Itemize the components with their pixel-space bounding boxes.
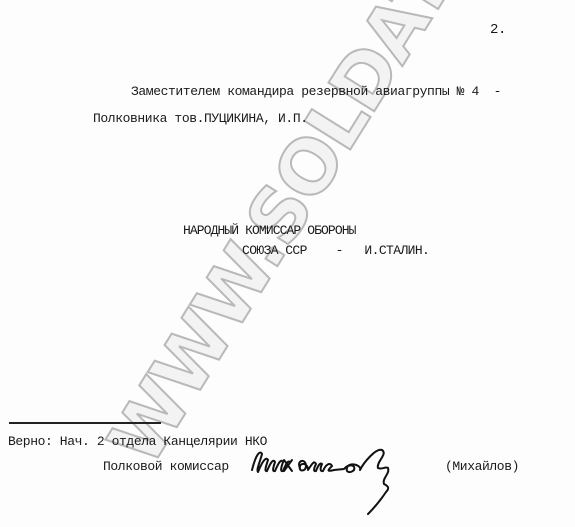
handwritten-signature xyxy=(250,440,450,520)
page-number: 2. xyxy=(490,22,506,38)
divider-line xyxy=(9,422,161,424)
certification-line: Верно: Нач. 2 отдела Канцелярии НКО xyxy=(8,434,267,450)
addressee-line-1: Заместителем командира резервной авиагру… xyxy=(131,84,501,100)
signatory-title-line-1: НАРОДНЫЙ КОМИССАР ОБОРОНЫ xyxy=(183,223,356,239)
watermark-text: WWW.SOLDAT.RU xyxy=(92,0,537,480)
signatory-title-line-2: СОЮЗА ССР - И.СТАЛИН. xyxy=(242,243,429,259)
certifier-name: (Михайлов) xyxy=(445,459,519,475)
document-page: WWW.SOLDAT.RU 2. Заместителем командира … xyxy=(0,0,575,527)
addressee-line-2: Полковника тов.ПУЦИКИНА, И.П. xyxy=(93,111,308,127)
certifier-title: Полковой комиссар xyxy=(103,459,229,475)
